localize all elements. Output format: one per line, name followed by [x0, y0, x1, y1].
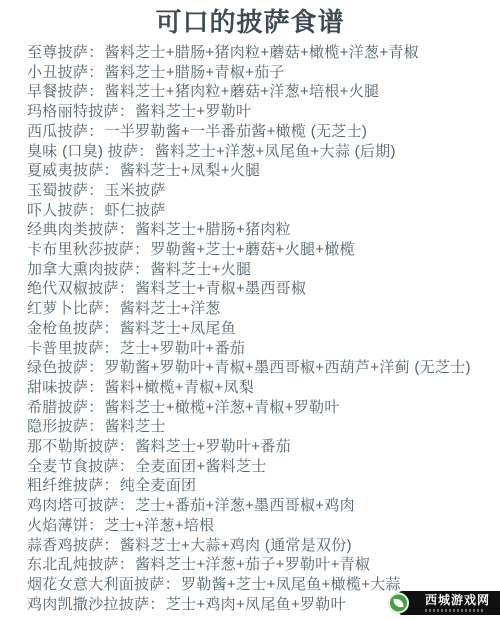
- ingredients-text: 酱料芝士: [105, 418, 166, 435]
- recipe-row: 早餐披萨：酱料芝士+猪肉粒+蘑菇+洋葱+培根+火腿: [27, 82, 492, 102]
- ingredients-text: 酱料芝士+青椒+墨西哥椒: [135, 280, 306, 297]
- recipe-list: 至尊披萨：酱料芝士+腊肠+猪肉粒+蘑菇+橄榄+洋葱+青椒小丑披萨：酱料芝士+腊肠…: [0, 37, 500, 614]
- pizza-name: 鸡肉凯撒沙拉披萨: [27, 596, 149, 613]
- pizza-name: 卡布里秋莎披萨: [27, 241, 134, 258]
- recipe-row: 甜味披萨：酱料+橄榄+青椒+凤梨: [27, 378, 492, 398]
- colon-separator: ：: [88, 123, 104, 140]
- pizza-name: 鸡肉塔可披萨: [27, 497, 119, 514]
- recipe-row: 隐形披萨：酱料芝士: [27, 417, 492, 437]
- pizza-name: 卡普里披萨: [27, 340, 104, 357]
- pizza-name: 希腊披萨: [27, 399, 88, 416]
- colon-separator: ：: [104, 340, 120, 357]
- colon-separator: ：: [119, 556, 135, 573]
- colon-separator: ：: [104, 162, 120, 179]
- recipe-row: 小丑披萨：酱料芝士+腊肠+青椒+茄子: [27, 63, 492, 83]
- ingredients-text: 酱料+橄榄+青椒+凤梨: [105, 379, 255, 396]
- ingredients-text: 酱料芝士+猪肉粒+蘑菇+洋葱+培根+火腿: [105, 83, 380, 100]
- pizza-name: 至尊披萨: [27, 44, 88, 61]
- ingredients-text: 芝士+罗勒叶+番茄: [120, 340, 245, 357]
- ingredients-text: 酱料芝士+洋葱: [120, 300, 221, 317]
- pizza-name: 绿色披萨: [27, 359, 88, 376]
- pizza-name: 烟花女意大利面披萨: [27, 576, 165, 593]
- colon-separator: ：: [88, 182, 104, 199]
- colon-separator: ：: [88, 418, 104, 435]
- colon-separator: ：: [88, 379, 104, 396]
- ingredients-text: 玉米披萨: [105, 182, 166, 199]
- ingredients-text: 罗勒酱+罗勒叶+青椒+墨西哥椒+西葫芦+洋蓟 (无芝士): [105, 359, 471, 376]
- ingredients-text: 纯全麦面团: [120, 477, 197, 494]
- pizza-name: 小丑披萨: [27, 64, 88, 81]
- recipe-row: 金枪鱼披萨：酱料芝士+凤尾鱼: [27, 319, 492, 339]
- pizza-name: 吓人披萨: [27, 202, 88, 219]
- colon-separator: ：: [119, 497, 135, 514]
- pizza-name: 甜味披萨: [27, 379, 88, 396]
- colon-separator: ：: [104, 477, 120, 494]
- recipe-row: 玉蜀披萨：玉米披萨: [27, 181, 492, 201]
- colon-separator: ：: [88, 83, 104, 100]
- colon-separator: ：: [88, 64, 104, 81]
- ingredients-text: 酱料芝士+凤梨+火腿: [120, 162, 261, 179]
- colon-separator: ：: [88, 359, 104, 376]
- recipe-document: 可口的披萨食谱 至尊披萨：酱料芝士+腊肠+猪肉粒+蘑菇+橄榄+洋葱+青椒小丑披萨…: [0, 0, 500, 619]
- ingredients-text: 酱料芝士+洋葱+茄子+罗勒叶+青椒: [135, 556, 370, 573]
- recipe-row: 火焰薄饼：芝士+洋葱+培根: [27, 516, 492, 536]
- colon-separator: ：: [119, 438, 135, 455]
- recipe-row: 希腊披萨：酱料芝士+橄榄+洋葱+青椒+罗勒叶: [27, 398, 492, 418]
- ingredients-text: 酱料芝士+腊肠+猪肉粒: [135, 221, 291, 238]
- recipe-row: 卡普里披萨：芝士+罗勒叶+番茄: [27, 339, 492, 359]
- ingredients-text: 酱料芝士+大蒜+鸡肉 (通常是双份): [120, 537, 352, 554]
- colon-separator: ：: [119, 103, 135, 120]
- pizza-name: 绝代双椒披萨: [27, 280, 119, 297]
- pizza-name: 加拿大熏肉披萨: [27, 261, 134, 278]
- colon-separator: ：: [119, 458, 135, 475]
- recipe-row: 加拿大熏肉披萨：酱料芝士+火腿: [27, 260, 492, 280]
- recipe-row: 夏威夷披萨：酱料芝士+凤梨+火腿: [27, 161, 492, 181]
- pizza-name: 粗纤维披萨: [27, 477, 104, 494]
- watermark-subtext-strip: [425, 609, 483, 612]
- colon-separator: ：: [138, 143, 154, 160]
- recipe-row: 至尊披萨：酱料芝士+腊肠+猪肉粒+蘑菇+橄榄+洋葱+青椒: [27, 43, 492, 63]
- recipe-row: 经典肉类披萨：酱料芝士+腊肠+猪肉粒: [27, 220, 492, 240]
- recipe-row: 蒜香鸡披萨：酱料芝士+大蒜+鸡肉 (通常是双份): [27, 536, 492, 556]
- ingredients-text: 芝士+鸡肉+凤尾鱼+罗勒叶: [166, 596, 346, 613]
- colon-separator: ：: [88, 202, 104, 219]
- colon-separator: ：: [149, 596, 165, 613]
- colon-separator: ：: [134, 261, 150, 278]
- ingredients-text: 全麦面团+酱料芝士: [135, 458, 266, 475]
- recipe-row: 红萝卜比萨：酱料芝士+洋葱: [27, 299, 492, 319]
- ingredients-text: 一半罗勒酱+一半番茄酱+橄榄 (无芝士): [105, 123, 368, 140]
- recipe-row: 卡布里秋莎披萨：罗勒酱+芝士+蘑菇+火腿+橄榄: [27, 240, 492, 260]
- ingredients-text: 芝士+洋葱+培根: [105, 517, 215, 534]
- ingredients-text: 酱料芝士+腊肠+猪肉粒+蘑菇+橄榄+洋葱+青椒: [105, 44, 419, 61]
- pizza-name: 玉蜀披萨: [27, 182, 88, 199]
- ingredients-text: 虾仁披萨: [105, 202, 166, 219]
- ingredients-text: 罗勒酱+芝士+蘑菇+火腿+橄榄: [150, 241, 355, 258]
- leaf-logo-icon: [388, 593, 409, 614]
- ingredients-text: 酱料芝士+凤尾鱼: [120, 320, 236, 337]
- ingredients-text: 罗勒酱+芝士+凤尾鱼+橄榄+大蒜: [181, 576, 401, 593]
- pizza-name: 经典肉类披萨: [27, 221, 119, 238]
- colon-separator: ：: [88, 399, 104, 416]
- colon-separator: ：: [119, 221, 135, 238]
- pizza-name: 火焰薄饼: [27, 517, 88, 534]
- recipe-row: 吓人披萨：虾仁披萨: [27, 201, 492, 221]
- pizza-name: 臭味 (口臭) 披萨: [27, 143, 138, 160]
- recipe-row: 全麦节食披萨：全麦面团+酱料芝士: [27, 457, 492, 477]
- ingredients-text: 芝士+番茄+洋葱+墨西哥椒+鸡肉: [135, 497, 355, 514]
- colon-separator: ：: [104, 537, 120, 554]
- pizza-name: 金枪鱼披萨: [27, 320, 104, 337]
- pizza-name: 玛格丽特披萨: [27, 103, 119, 120]
- colon-separator: ：: [88, 517, 104, 534]
- colon-separator: ：: [104, 300, 120, 317]
- pizza-name: 蒜香鸡披萨: [27, 537, 104, 554]
- recipe-row: 鸡肉塔可披萨：芝士+番茄+洋葱+墨西哥椒+鸡肉: [27, 496, 492, 516]
- ingredients-text: 酱料芝士+腊肠+青椒+茄子: [105, 64, 285, 81]
- colon-separator: ：: [119, 280, 135, 297]
- watermark-site-name: 西城游戏网: [425, 594, 490, 607]
- colon-separator: ：: [88, 44, 104, 61]
- recipe-row: 玛格丽特披萨：酱料芝士+罗勒叶: [27, 102, 492, 122]
- pizza-name: 东北乱炖披萨: [27, 556, 119, 573]
- ingredients-text: 酱料芝士+洋葱+凤尾鱼+大蒜 (后期): [155, 143, 396, 160]
- pizza-name: 夏威夷披萨: [27, 162, 104, 179]
- leaf-icon: [393, 598, 403, 608]
- pizza-name: 隐形披萨: [27, 418, 88, 435]
- site-watermark: 西城游戏网: [399, 591, 500, 615]
- pizza-name: 西瓜披萨: [27, 123, 88, 140]
- pizza-name: 那不勒斯披萨: [27, 438, 119, 455]
- recipe-row: 臭味 (口臭) 披萨：酱料芝士+洋葱+凤尾鱼+大蒜 (后期): [27, 142, 492, 162]
- recipe-row: 那不勒斯披萨：酱料芝士+罗勒叶+番茄: [27, 437, 492, 457]
- recipe-row: 东北乱炖披萨：酱料芝士+洋葱+茄子+罗勒叶+青椒: [27, 555, 492, 575]
- recipe-row: 绿色披萨：罗勒酱+罗勒叶+青椒+墨西哥椒+西葫芦+洋蓟 (无芝士): [27, 358, 492, 378]
- pizza-name: 红萝卜比萨: [27, 300, 104, 317]
- ingredients-text: 酱料芝士+橄榄+洋葱+青椒+罗勒叶: [105, 399, 340, 416]
- ingredients-text: 酱料芝士+罗勒叶: [135, 103, 251, 120]
- recipe-row: 西瓜披萨：一半罗勒酱+一半番茄酱+橄榄 (无芝士): [27, 122, 492, 142]
- pizza-name: 全麦节食披萨: [27, 458, 119, 475]
- page-title: 可口的披萨食谱: [0, 0, 500, 37]
- colon-separator: ：: [134, 241, 150, 258]
- colon-separator: ：: [165, 576, 181, 593]
- recipe-row: 绝代双椒披萨：酱料芝士+青椒+墨西哥椒: [27, 279, 492, 299]
- ingredients-text: 酱料芝士+罗勒叶+番茄: [135, 438, 291, 455]
- recipe-row: 粗纤维披萨：纯全麦面团: [27, 476, 492, 496]
- colon-separator: ：: [104, 320, 120, 337]
- ingredients-text: 酱料芝士+火腿: [150, 261, 251, 278]
- pizza-name: 早餐披萨: [27, 83, 88, 100]
